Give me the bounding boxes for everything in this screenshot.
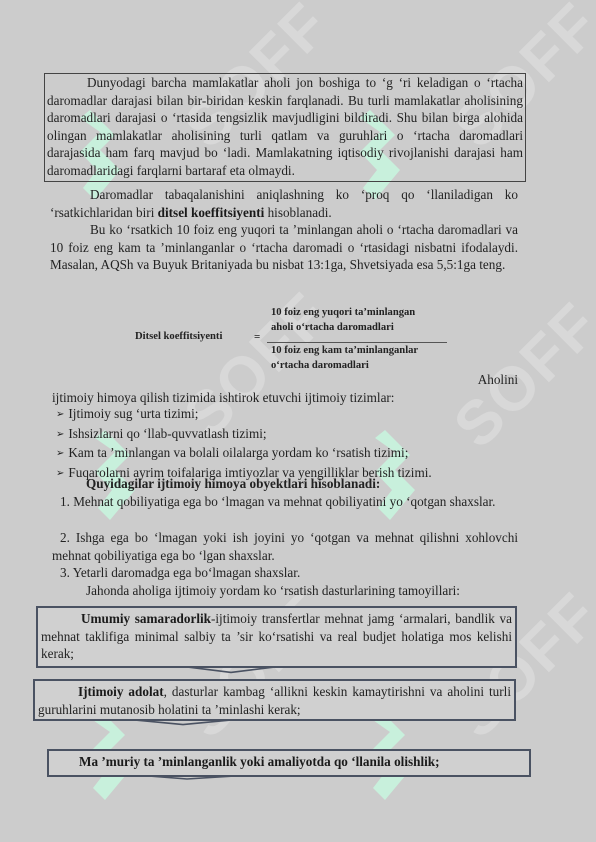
- paragraph-ditsel-intro: Daromadlar tabaqalanishini aniqlashning …: [50, 186, 518, 221]
- formula-equals: =: [254, 331, 260, 343]
- chevron-arrow-icon: [47, 775, 531, 783]
- object-item-2: 2. Ishga ega bo ‘lmagan yoki ish joyini …: [52, 529, 518, 564]
- formula-label: Ditsel koeffitsiyenti: [135, 331, 222, 342]
- term-ditsel: ditsel koeffitsiyenti: [158, 205, 265, 220]
- chevron-arrow-icon: [36, 666, 517, 674]
- numerator-line: 10 foiz eng yuqori ta’minlangan: [271, 305, 451, 320]
- principle-title: Ijtimoiy adolat: [78, 684, 164, 699]
- systems-intro: ijtimoiy himoya qilish tizimida ishtirok…: [52, 389, 394, 407]
- object-item-3: 3. Yetarli daromadga ega bo‘lmagan shaxs…: [52, 564, 518, 582]
- denominator-line: o‘rtacha daromadlari: [271, 358, 451, 373]
- formula-denominator: 10 foiz eng kam ta’minlanganlar o‘rtacha…: [271, 343, 451, 373]
- text-aholini: Aholini: [478, 372, 518, 388]
- chevron-arrow-icon: [33, 719, 516, 727]
- principle-title: Umumiy samaradorlik: [81, 611, 211, 626]
- objects-heading: Quyidagilar ijtimoiy himoya obyektlari h…: [86, 475, 380, 493]
- text: hisoblanadi.: [264, 205, 331, 220]
- intro-box: Dunyodagi barcha mamlakatlar aholi jon b…: [44, 73, 526, 182]
- paragraph-ditsel-definition: Bu ko ‘rsatkich 10 foiz eng yuqori ta ’m…: [50, 221, 518, 274]
- numerator-line: aholi o‘rtacha daromadlari: [271, 320, 451, 335]
- formula-numerator: 10 foiz eng yuqori ta’minlangan aholi o‘…: [271, 305, 451, 335]
- document-page: Dunyodagi barcha mamlakatlar aholi jon b…: [0, 0, 596, 842]
- object-item-1: 1. Mehnat qobiliyatiga ega bo ‘lmagan va…: [52, 493, 518, 511]
- list-item: Ishsizlarni qo ‘llab-quvvatlash tizimi;: [56, 425, 432, 445]
- principle-title: Ma ’muriy ta ’minlanganlik yoki amaliyot…: [79, 754, 440, 769]
- list-item: Kam ta ’minlangan va bolali oilalarga yo…: [56, 444, 432, 464]
- denominator-line: 10 foiz eng kam ta’minlanganlar: [271, 343, 451, 358]
- principle-box-administrative: Ma ’muriy ta ’minlanganlik yoki amaliyot…: [47, 749, 531, 777]
- principle-box-efficiency: Umumiy samaradorlik-ijtimoiy transfertla…: [36, 606, 517, 668]
- list-item: Ijtimoiy sug ‘urta tizimi;: [56, 405, 432, 425]
- ditsel-formula: Ditsel koeffitsiyenti = 10 foiz eng yuqo…: [0, 300, 596, 375]
- principle-box-fairness: Ijtimoiy adolat, dasturlar kambag ‘allik…: [33, 679, 516, 721]
- systems-list: Ijtimoiy sug ‘urta tizimi; Ishsizlarni q…: [56, 405, 432, 483]
- principles-intro: Jahonda aholiga ijtimoiy yordam ko ‘rsat…: [86, 582, 460, 600]
